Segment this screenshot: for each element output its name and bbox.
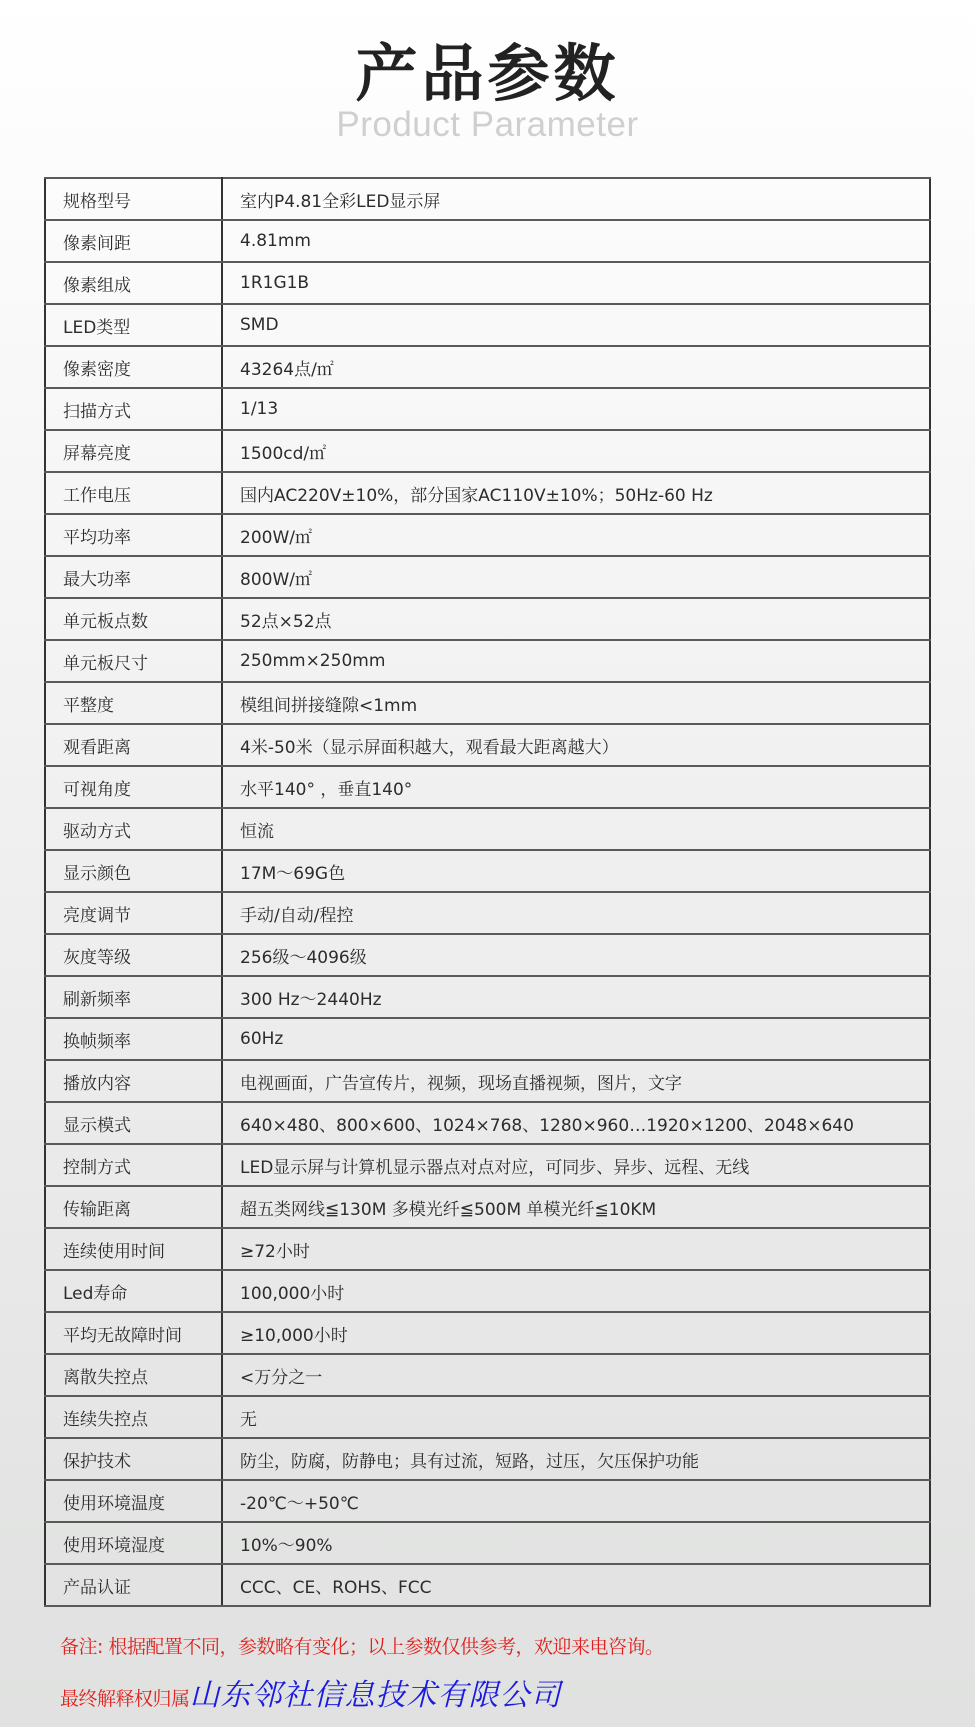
spec-value: 300 Hz～2440Hz [222, 976, 930, 1018]
spec-label: LED类型 [45, 304, 222, 346]
spec-label: 灰度等级 [45, 934, 222, 976]
spec-label: 使用环境温度 [45, 1480, 222, 1522]
spec-value: 防尘，防腐，防静电；具有过流，短路，过压，欠压保护功能 [222, 1438, 930, 1480]
spec-label: 换帧频率 [45, 1018, 222, 1060]
page-header: 产品参数 Product Parameter [0, 38, 975, 144]
table-row: 传输距离超五类网线≦130M 多模光纤≦500M 单模光纤≦10KM [45, 1186, 930, 1228]
table-row: 控制方式LED显示屏与计算机显示器点对点对应，可同步、异步、远程、无线 [45, 1144, 930, 1186]
spec-value: 超五类网线≦130M 多模光纤≦500M 单模光纤≦10KM [222, 1186, 930, 1228]
table-row: 连续失控点无 [45, 1396, 930, 1438]
spec-label: 连续失控点 [45, 1396, 222, 1438]
spec-label: Led寿命 [45, 1270, 222, 1312]
table-row: 保护技术防尘，防腐，防静电；具有过流，短路，过压，欠压保护功能 [45, 1438, 930, 1480]
table-row: 连续使用时间≥72小时 [45, 1228, 930, 1270]
table-row: 扫描方式1/13 [45, 388, 930, 430]
spec-label: 离散失控点 [45, 1354, 222, 1396]
table-row: 换帧频率60Hz [45, 1018, 930, 1060]
spec-value: 国内AC220V±10%，部分国家AC110V±10%；50Hz-60 Hz [222, 472, 930, 514]
table-row: 屏幕亮度1500cd/㎡ [45, 430, 930, 472]
spec-value: LED显示屏与计算机显示器点对点对应，可同步、异步、远程、无线 [222, 1144, 930, 1186]
rights-statement: 最终解释权归属 山东邻社信息技术有限公司 [60, 1670, 663, 1714]
spec-value: SMD [222, 304, 930, 346]
company-name: 山东邻社信息技术有限公司 [190, 1670, 562, 1714]
table-row: Led寿命100,000小时 [45, 1270, 930, 1312]
spec-value: 200W/㎡ [222, 514, 930, 556]
spec-value: 室内P4.81全彩LED显示屏 [222, 178, 930, 220]
spec-value: 250mm×250mm [222, 640, 930, 682]
spec-value: 1R1G1B [222, 262, 930, 304]
spec-label: 扫描方式 [45, 388, 222, 430]
table-row: 可视角度水平140° ，垂直140° [45, 766, 930, 808]
spec-value: 17M～69G色 [222, 850, 930, 892]
spec-value: ≥72小时 [222, 1228, 930, 1270]
spec-label: 平均无故障时间 [45, 1312, 222, 1354]
spec-label: 像素间距 [45, 220, 222, 262]
table-row: 平整度模组间拼接缝隙<1mm [45, 682, 930, 724]
spec-label: 使用环境湿度 [45, 1522, 222, 1564]
spec-value: 水平140° ，垂直140° [222, 766, 930, 808]
table-row: 单元板尺寸250mm×250mm [45, 640, 930, 682]
notes-section: 备注: 根据配置不同，参数略有变化；以上参数仅供参考，欢迎来电咨询。 最终解释权… [60, 1632, 663, 1714]
spec-value: 无 [222, 1396, 930, 1438]
spec-label: 最大功率 [45, 556, 222, 598]
spec-label: 屏幕亮度 [45, 430, 222, 472]
spec-label: 刷新频率 [45, 976, 222, 1018]
spec-value: ≥10,000小时 [222, 1312, 930, 1354]
spec-value: 60Hz [222, 1018, 930, 1060]
table-row: 平均功率200W/㎡ [45, 514, 930, 556]
spec-label: 传输距离 [45, 1186, 222, 1228]
spec-value: 52点×52点 [222, 598, 930, 640]
spec-value: 恒流 [222, 808, 930, 850]
spec-label: 单元板点数 [45, 598, 222, 640]
spec-table-body: 规格型号室内P4.81全彩LED显示屏像素间距4.81mm像素组成1R1G1BL… [45, 178, 930, 1606]
rights-prefix: 最终解释权归属 [60, 1684, 190, 1711]
spec-table: 规格型号室内P4.81全彩LED显示屏像素间距4.81mm像素组成1R1G1BL… [44, 177, 931, 1607]
table-row: 使用环境温度-20℃～+50℃ [45, 1480, 930, 1522]
spec-value: CCC、CE、ROHS、FCC [222, 1564, 930, 1606]
spec-label: 连续使用时间 [45, 1228, 222, 1270]
table-row: 亮度调节手动/自动/程控 [45, 892, 930, 934]
spec-label: 规格型号 [45, 178, 222, 220]
table-row: 使用环境湿度10%～90% [45, 1522, 930, 1564]
table-row: 驱动方式恒流 [45, 808, 930, 850]
table-row: 像素密度43264点/㎡ [45, 346, 930, 388]
page-title: 产品参数 [0, 38, 975, 110]
spec-label: 平均功率 [45, 514, 222, 556]
table-row: 离散失控点<万分之一 [45, 1354, 930, 1396]
page-subtitle: Product Parameter [0, 106, 975, 144]
table-row: 显示颜色17M～69G色 [45, 850, 930, 892]
spec-value: 10%～90% [222, 1522, 930, 1564]
spec-value: 1500cd/㎡ [222, 430, 930, 472]
table-row: 规格型号室内P4.81全彩LED显示屏 [45, 178, 930, 220]
spec-value: 手动/自动/程控 [222, 892, 930, 934]
spec-value: 模组间拼接缝隙<1mm [222, 682, 930, 724]
table-row: 工作电压国内AC220V±10%，部分国家AC110V±10%；50Hz-60 … [45, 472, 930, 514]
spec-label: 可视角度 [45, 766, 222, 808]
table-row: 灰度等级256级～4096级 [45, 934, 930, 976]
table-row: LED类型SMD [45, 304, 930, 346]
spec-label: 工作电压 [45, 472, 222, 514]
spec-label: 平整度 [45, 682, 222, 724]
table-row: 产品认证CCC、CE、ROHS、FCC [45, 1564, 930, 1606]
spec-label: 显示模式 [45, 1102, 222, 1144]
spec-label: 保护技术 [45, 1438, 222, 1480]
table-row: 像素间距4.81mm [45, 220, 930, 262]
spec-label: 控制方式 [45, 1144, 222, 1186]
remark-note: 备注: 根据配置不同，参数略有变化；以上参数仅供参考，欢迎来电咨询。 [60, 1632, 663, 1662]
spec-label: 产品认证 [45, 1564, 222, 1606]
table-row: 刷新频率300 Hz～2440Hz [45, 976, 930, 1018]
table-row: 最大功率800W/㎡ [45, 556, 930, 598]
spec-value: 256级～4096级 [222, 934, 930, 976]
table-row: 播放内容电视画面，广告宣传片，视频，现场直播视频，图片，文字 [45, 1060, 930, 1102]
table-row: 单元板点数52点×52点 [45, 598, 930, 640]
spec-value: 800W/㎡ [222, 556, 930, 598]
table-row: 平均无故障时间≥10,000小时 [45, 1312, 930, 1354]
table-row: 观看距离4米-50米（显示屏面积越大，观看最大距离越大） [45, 724, 930, 766]
spec-value: 电视画面，广告宣传片，视频，现场直播视频，图片，文字 [222, 1060, 930, 1102]
spec-value: 640×480、800×600、1024×768、1280×960…1920×1… [222, 1102, 930, 1144]
table-row: 像素组成1R1G1B [45, 262, 930, 304]
spec-label: 播放内容 [45, 1060, 222, 1102]
spec-value: -20℃～+50℃ [222, 1480, 930, 1522]
table-row: 显示模式640×480、800×600、1024×768、1280×960…19… [45, 1102, 930, 1144]
spec-value: 4米-50米（显示屏面积越大，观看最大距离越大） [222, 724, 930, 766]
spec-label: 显示颜色 [45, 850, 222, 892]
spec-label: 像素密度 [45, 346, 222, 388]
spec-label: 观看距离 [45, 724, 222, 766]
spec-label: 像素组成 [45, 262, 222, 304]
spec-label: 单元板尺寸 [45, 640, 222, 682]
spec-value: 100,000小时 [222, 1270, 930, 1312]
spec-value: 1/13 [222, 388, 930, 430]
spec-value: 43264点/㎡ [222, 346, 930, 388]
spec-value: 4.81mm [222, 220, 930, 262]
spec-label: 亮度调节 [45, 892, 222, 934]
spec-value: <万分之一 [222, 1354, 930, 1396]
spec-label: 驱动方式 [45, 808, 222, 850]
